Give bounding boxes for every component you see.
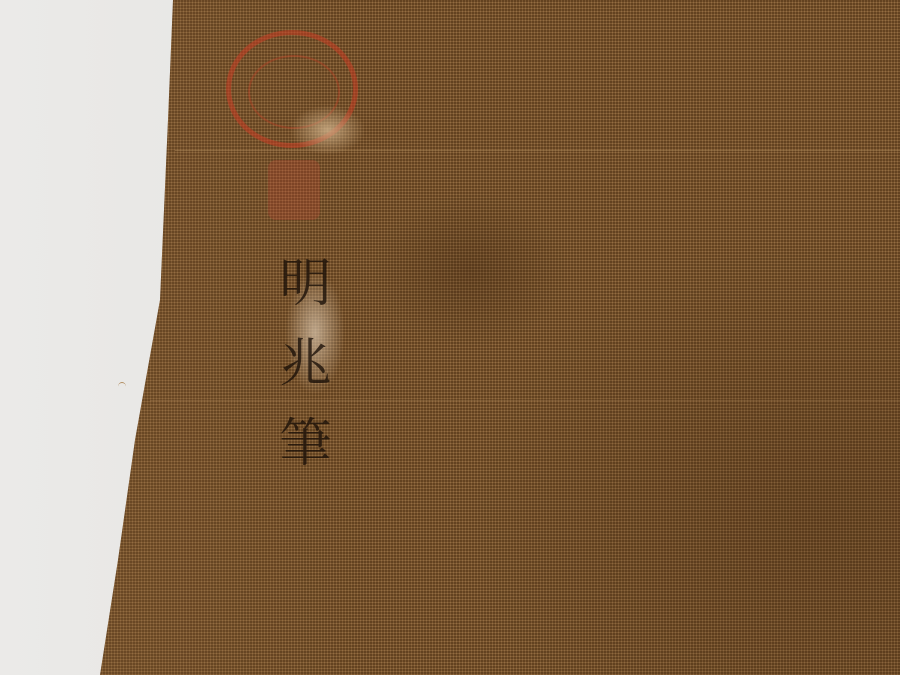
ink-inscription: 明兆筆 <box>250 255 350 495</box>
faded-seal-mark <box>268 160 320 220</box>
weave-crease <box>175 150 900 151</box>
loose-thread <box>118 382 126 391</box>
worn-thread-damage <box>290 105 365 155</box>
